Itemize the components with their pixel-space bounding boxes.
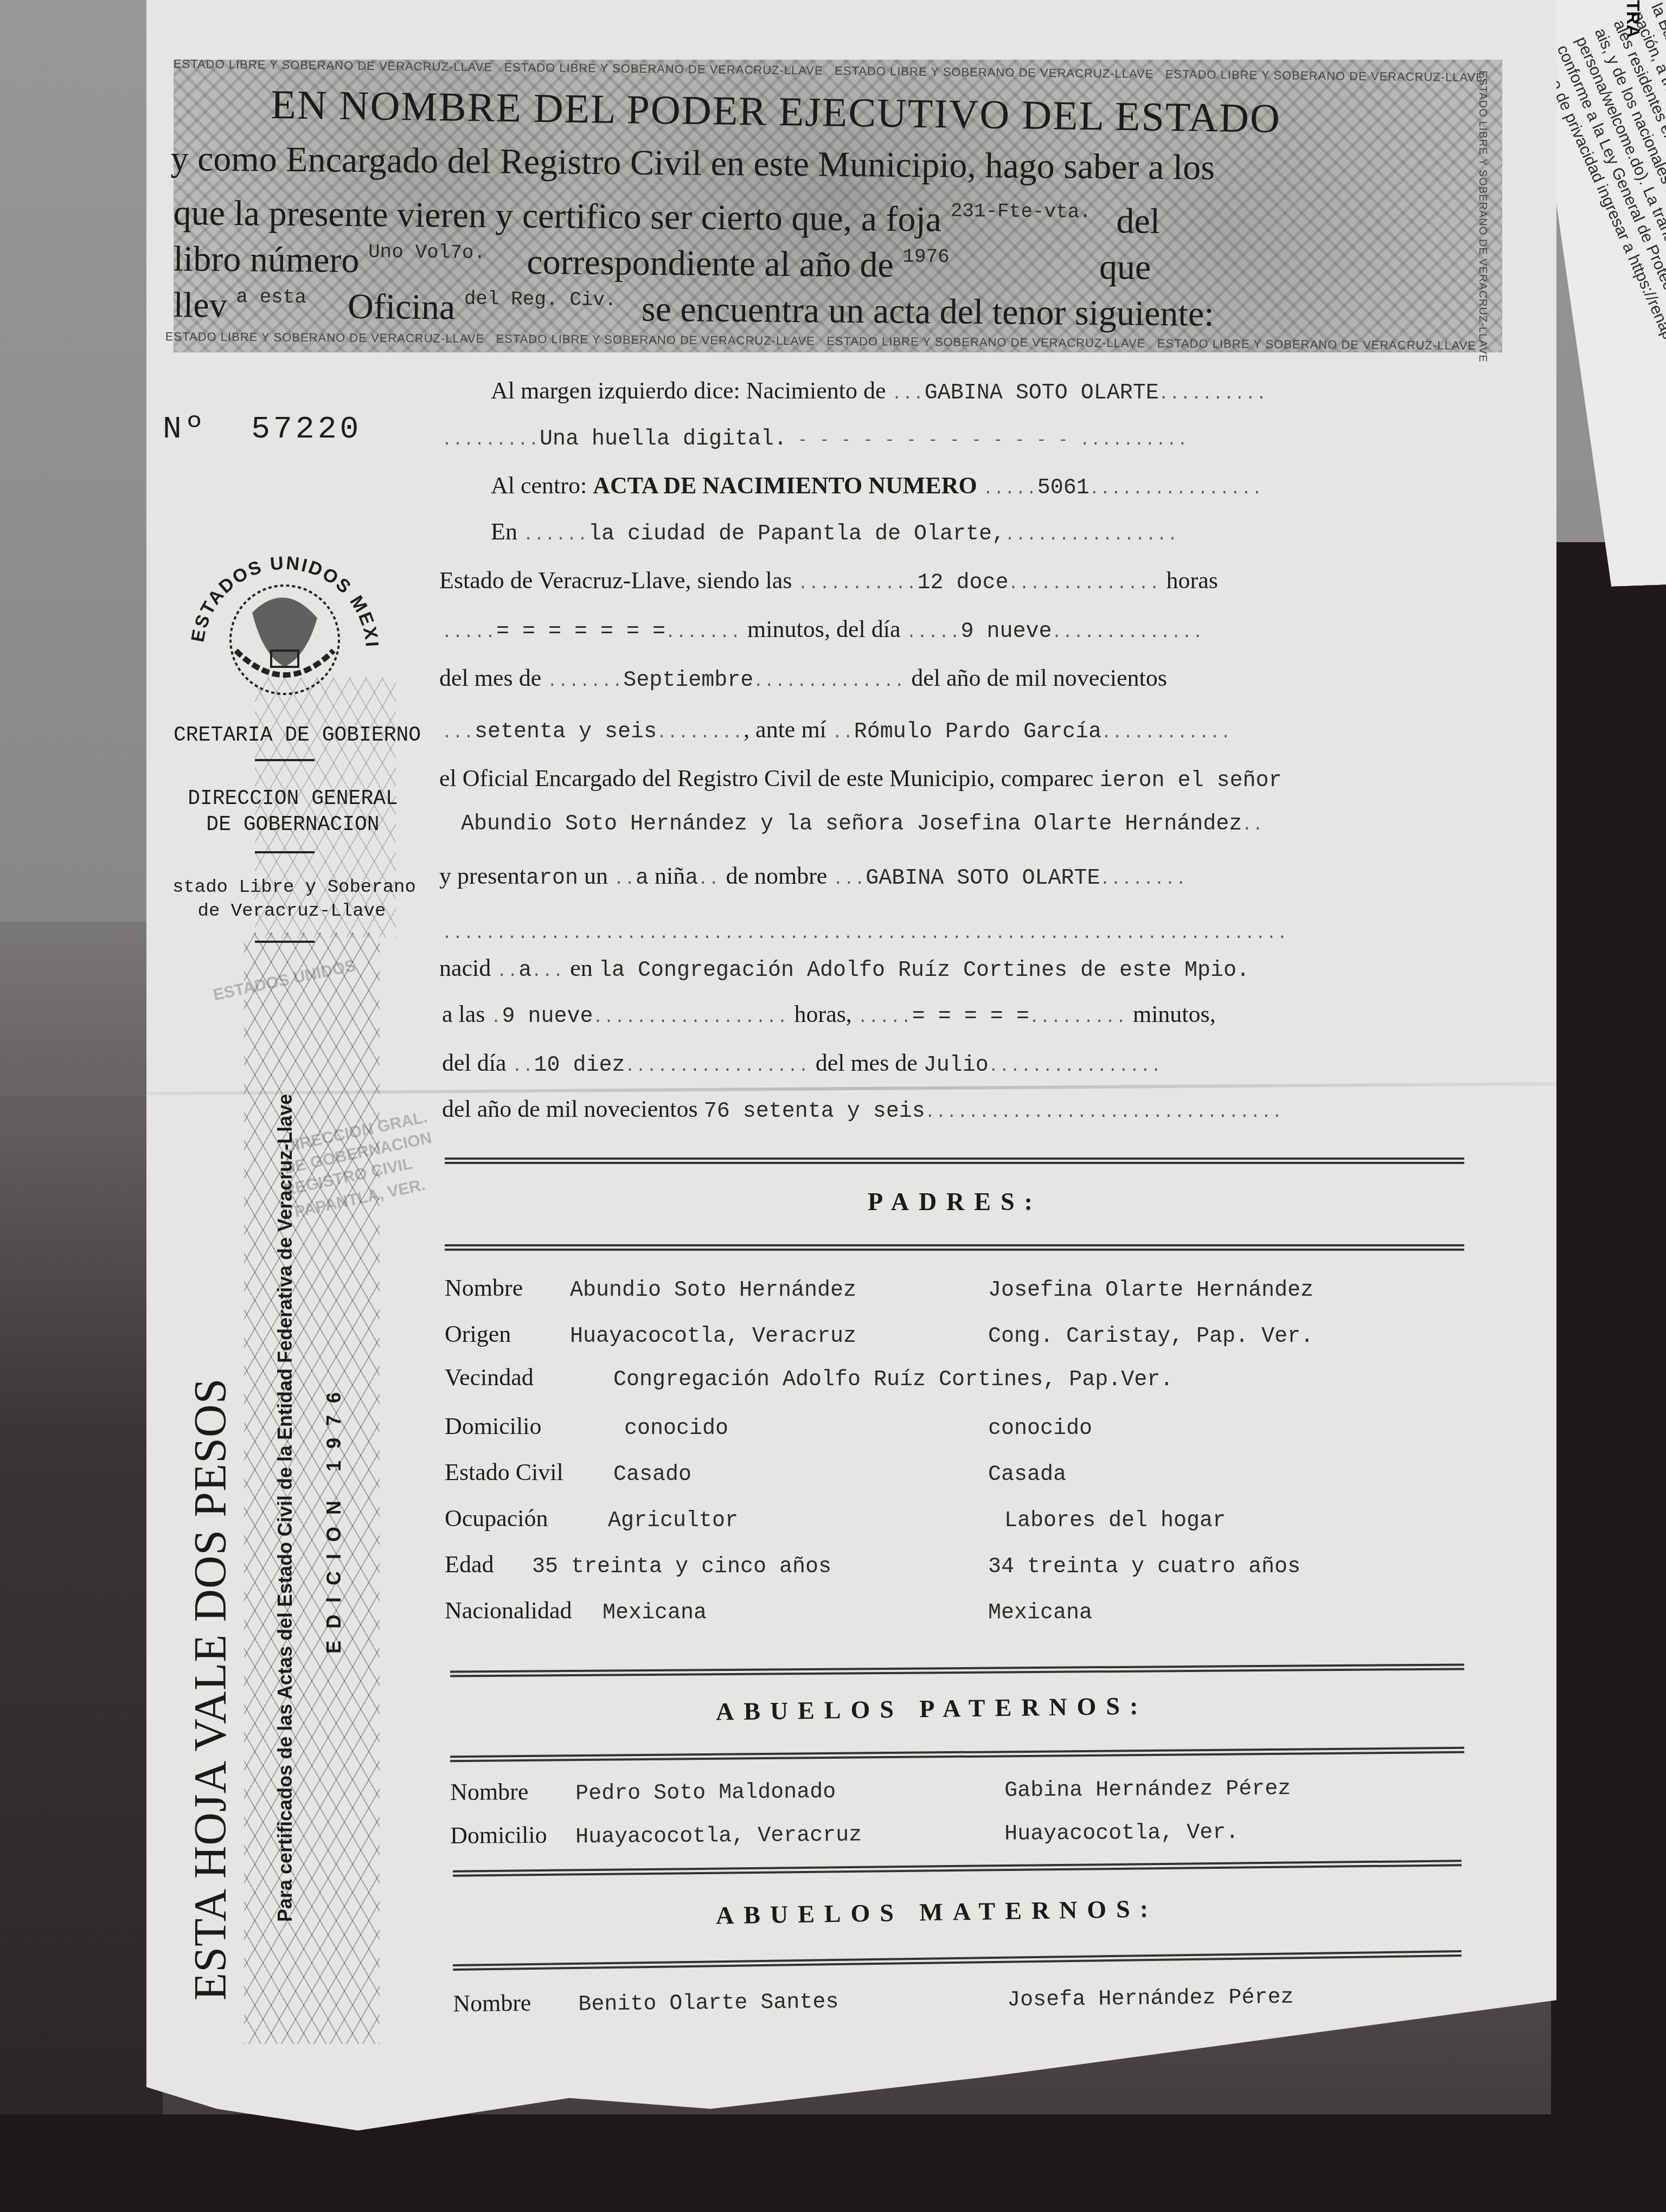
acta-title: ACTA DE NACIMIENTO NUMERO: [593, 472, 977, 499]
paternos-row-nombre: Nombre Pedro Soto Maldonado Gabina Herná…: [450, 1772, 1291, 1807]
padres-row-vecindad: Vecindad Congregación Adolfo Ruíz Cortin…: [445, 1364, 1173, 1392]
padres-row-nombre: Nombre Abundio Soto Hernández Josefina O…: [445, 1274, 1313, 1303]
oficial-row: el Oficial Encargado del Registro Civil …: [439, 764, 1281, 793]
acta-number-value: 5061: [1037, 476, 1090, 500]
madre-nombre: Josefina Olarte Hernández: [988, 1278, 1313, 1303]
delanio-row: del año de mil novecientos 76 setenta y …: [442, 1095, 1283, 1124]
padres-row-domicilio: Domicilio conocido conocido: [445, 1412, 1092, 1441]
padres-row-origen: Origen Huayacocotla, Veracruz Cong. Cari…: [445, 1320, 1313, 1349]
usage-statement-vertical: Para certificados de las Actas del Estad…: [274, 1094, 297, 1922]
receipt-title: TRA: [1622, 0, 1643, 38]
alas-row: a las .9 nueve.................. horas, …: [442, 1000, 1216, 1029]
libro-value: Uno Vol7o.: [368, 241, 485, 264]
anio-value: 1976: [902, 246, 950, 268]
section-rule: [445, 1158, 1464, 1164]
secretaria-label: CRETARIA DE GOBIERNO: [174, 724, 421, 747]
padres-row-edad: Edad 35 treinta y cinco años 34 treinta …: [445, 1551, 1300, 1579]
divider: [255, 851, 315, 853]
blank-dotted-row: ........................................…: [442, 916, 1288, 944]
padres-title: PADRES:: [868, 1187, 1042, 1216]
padres-row-ocupacion: Ocupación Agricultor Labores del hogar: [445, 1504, 1226, 1533]
child-name-value: GABINA SOTO OLARTE: [866, 866, 1100, 891]
abuelos-paternos-title: ABUELOS PATERNOS:: [716, 1691, 1148, 1726]
estado-label: stado Libre y Soberano de Veracruz-Llave: [172, 876, 411, 923]
margen-name-value: GABINA SOTO OLARTE: [925, 381, 1159, 406]
huella-row: .........Una huella digital. - - - - - -…: [442, 423, 1188, 452]
background-shadow-left: [0, 922, 163, 2212]
direccion-label: DIRECCION GENERAL DE GOBERNACION: [179, 786, 407, 838]
acta-row: Al centro: ACTA DE NACIMIENTO NUMERO ...…: [491, 472, 1263, 500]
deldia-row: del día ..10 diez................. del m…: [442, 1049, 1162, 1078]
mes-row: del mes de .......Septiembre............…: [439, 664, 1167, 693]
oficial-name-value: Rómulo Pardo García: [854, 720, 1101, 744]
background-dark-right: [1551, 542, 1666, 2212]
value-statement-vertical: ESTA HOJA VALE DOS PESOS: [184, 1378, 237, 2001]
hora-row: Estado de Veracruz-Llave, siendo las ...…: [439, 567, 1218, 595]
header-line-3: libro número Uno Vol7o. correspondiente …: [173, 239, 1151, 288]
serial-number: Nº 57220: [163, 412, 362, 447]
en-row: En ......la ciudad de Papantla de Olarte…: [491, 518, 1178, 546]
padres-row-nacionalidad: Nacionalidad Mexicana Mexicana: [445, 1597, 1092, 1625]
microprint-side: ESTADO LIBRE Y SOBERANO DE VERACRUZ-LLAV…: [1476, 70, 1489, 363]
ante-row: ...setenta y seis........, ante mí ..Róm…: [442, 716, 1232, 744]
header-line-2: que la presente vieren y certifico ser c…: [173, 192, 1160, 242]
padre-nombre: Abundio Soto Hernández: [570, 1278, 982, 1303]
section-rule: [445, 1244, 1464, 1251]
edition-vertical: EDICION 1976: [323, 1380, 345, 1654]
nacido-row: nacid ..a... en la Congregación Adolfo R…: [439, 954, 1249, 983]
divider: [255, 759, 315, 761]
padres-row-estado-civil: Estado Civil Casado Casada: [445, 1458, 1066, 1487]
paternos-row-domicilio: Domicilio Huayacocotla, Veracruz Huayaco…: [450, 1816, 1239, 1850]
registro-civil-stamp: ESTADOS UNIDOS DIRECCION GRAL. DE GOBERN…: [201, 965, 428, 1290]
presentaron-row: y presentaron un ..a niña.. de nombre ..…: [439, 862, 1187, 891]
birthplace-value: la Congregación Adolfo Ruíz Cortines de …: [599, 959, 1249, 983]
margen-row: Al margen izquierdo dice: Nacimiento de …: [491, 377, 1267, 406]
comparecientes-row: Abundio Soto Hernández y la señora Josef…: [461, 808, 1264, 837]
foja-value: 231-Fte-vta.: [951, 200, 1092, 223]
background-dark-bottom: [0, 2114, 1666, 2212]
minutos-row: .....= = = = = = =....... minutos, del d…: [442, 615, 1204, 644]
